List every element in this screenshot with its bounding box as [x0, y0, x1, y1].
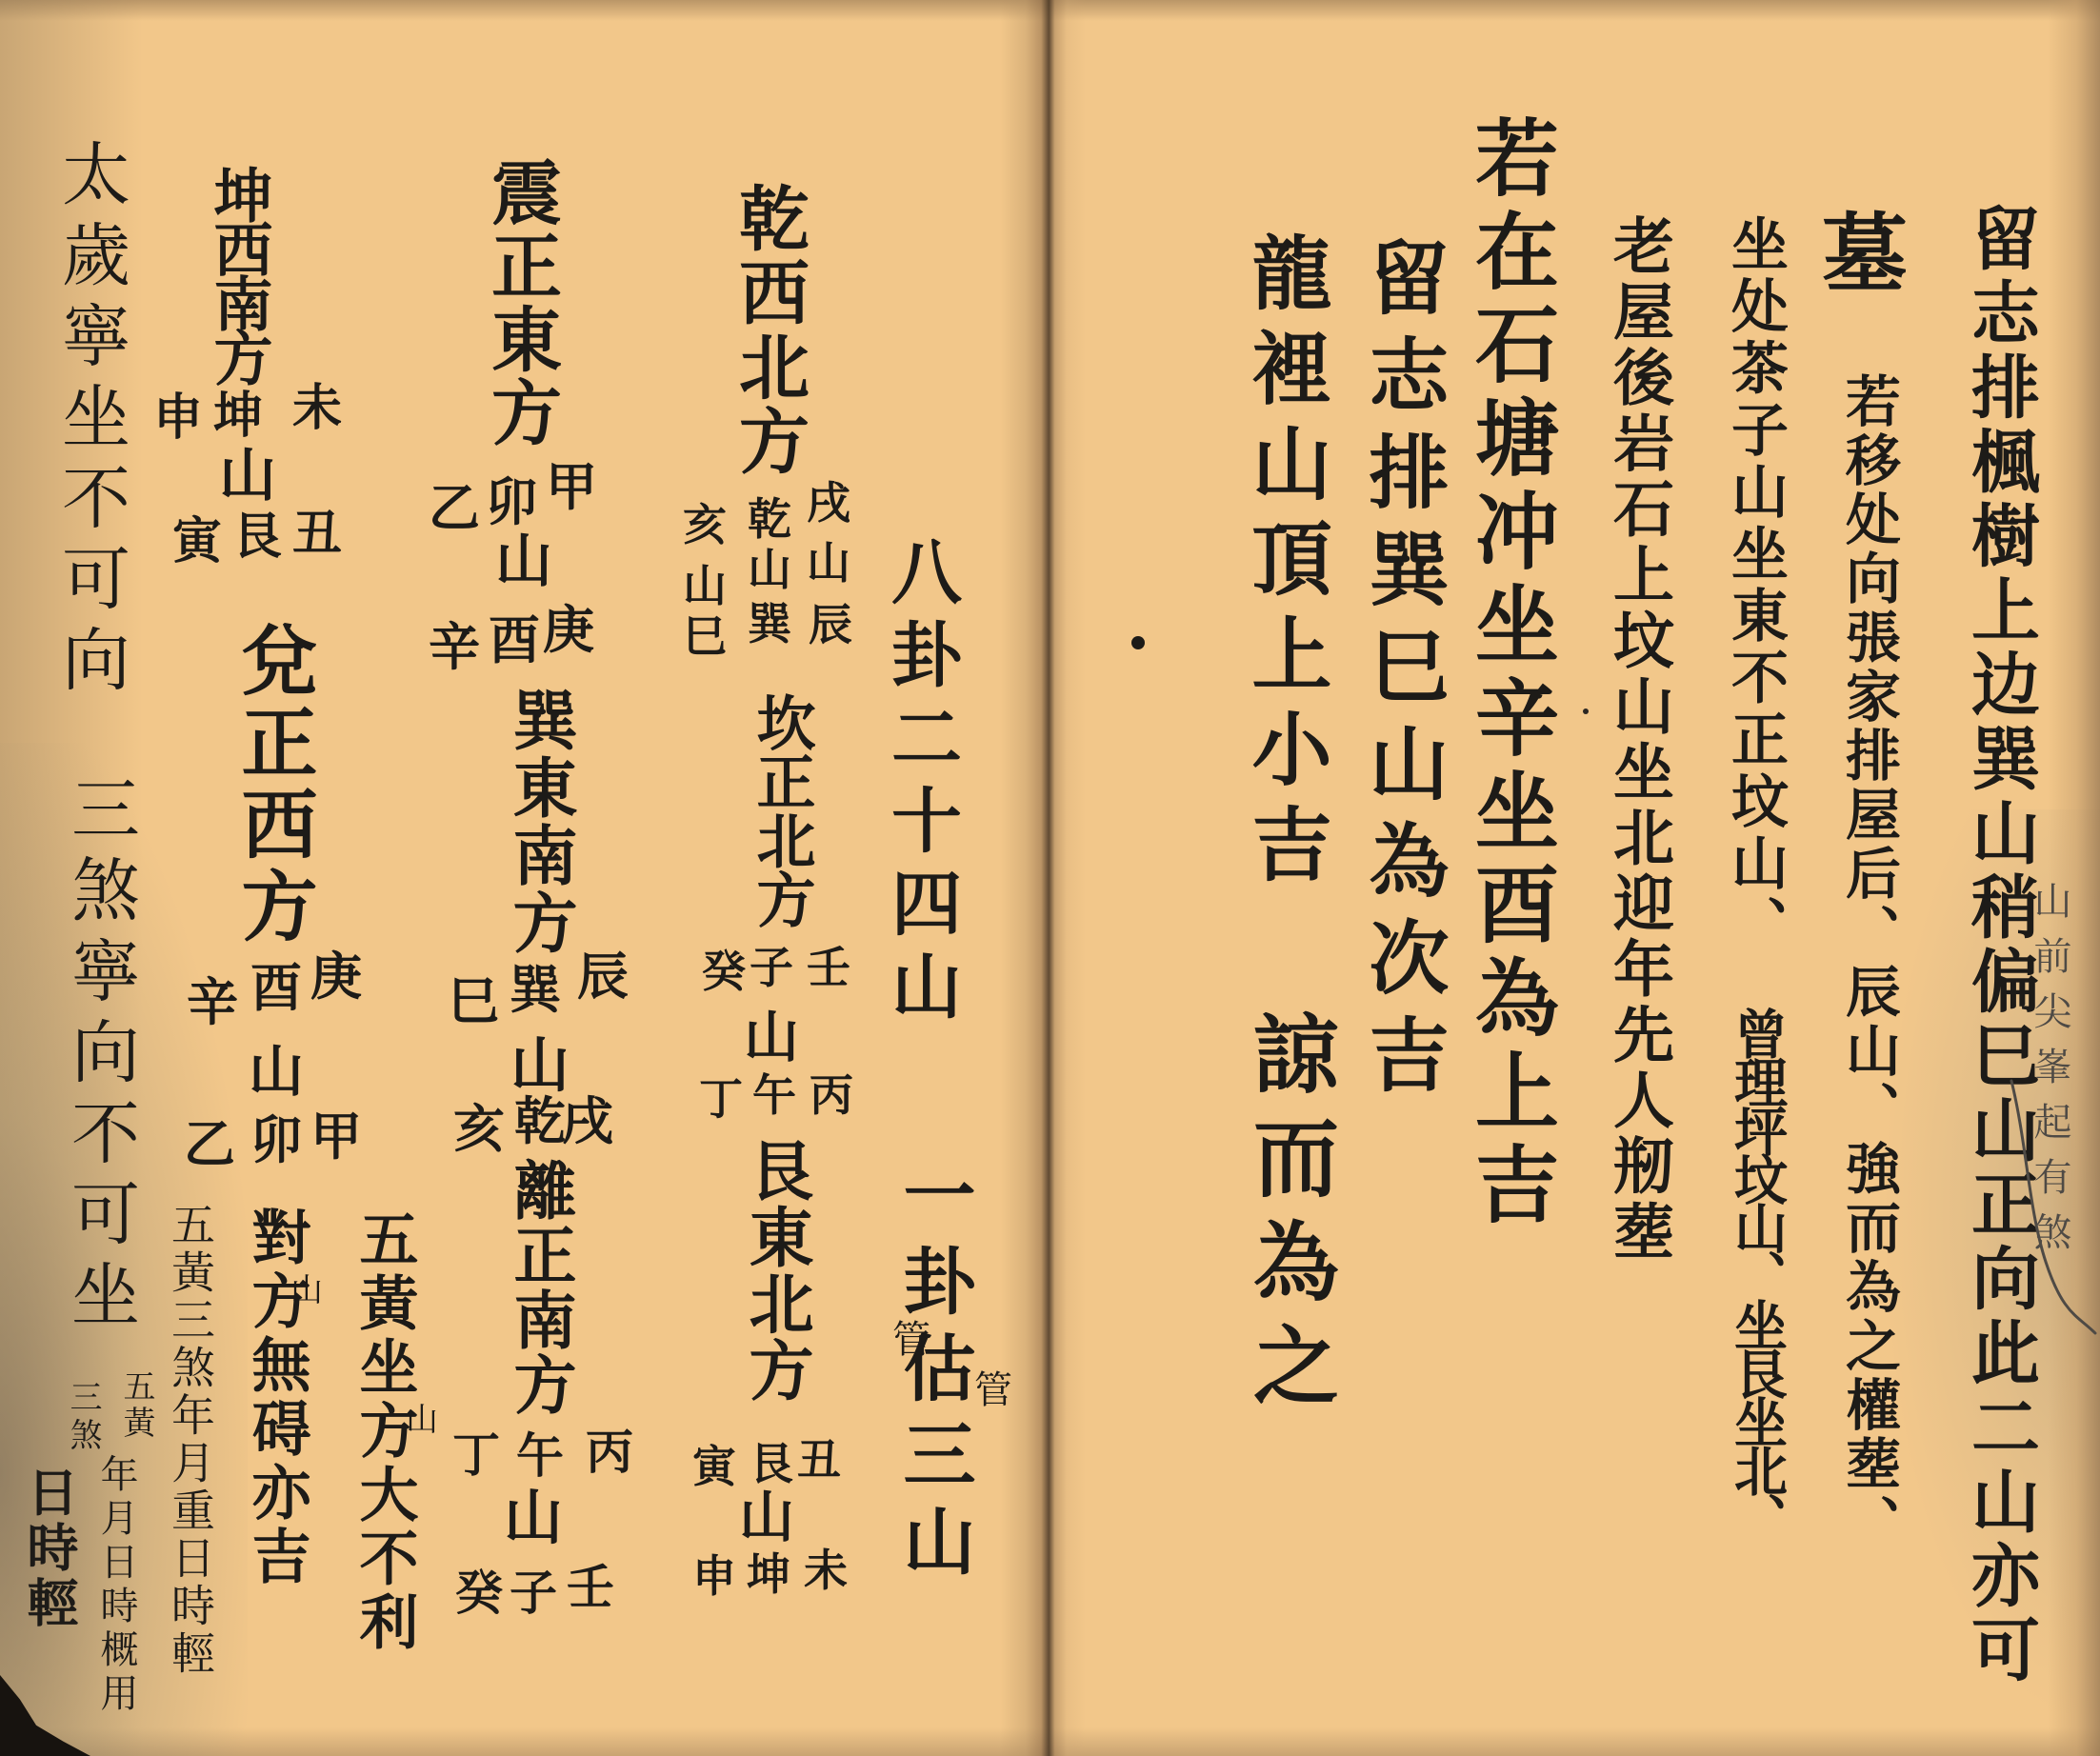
manuscript-spread: 留志排楓樹上边巽山稍偏巳山正向此二山亦可 山前尖峯起有煞 墓 若移处向張家排屋后… — [0, 0, 2100, 1756]
annotation-marks — [0, 0, 2100, 1756]
ink-dot — [1131, 636, 1145, 649]
ink-speck — [1583, 708, 1589, 714]
pencil-bracket-line — [2011, 1081, 2095, 1333]
